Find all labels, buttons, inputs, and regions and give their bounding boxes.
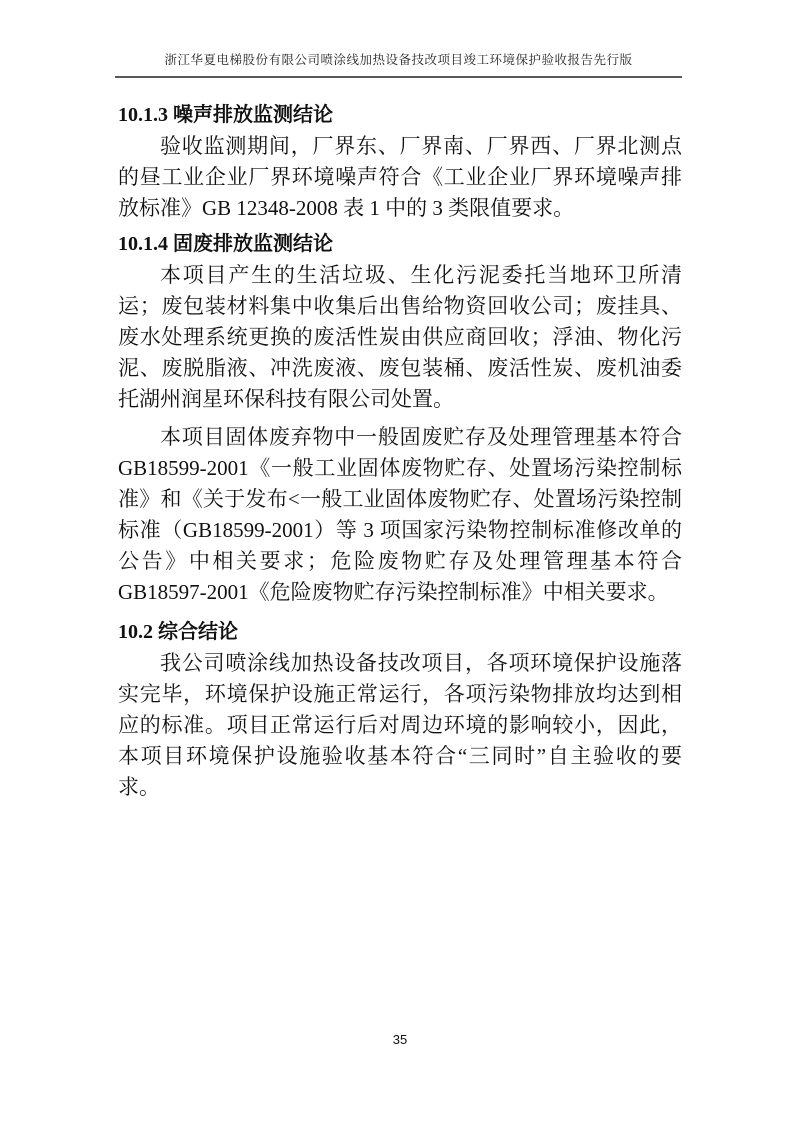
section-solid-waste-monitoring-conclusion: 10.1.4 固废排放监测结论 本项目产生的生活垃圾、生化污泥委托当地环卫所清运…: [118, 229, 682, 608]
section-comprehensive-conclusion: 10.2 综合结论 我公司喷涂线加热设备技改项目，各项环境保护设施落实完毕，环境…: [118, 617, 682, 803]
document-page: 浙江华夏电梯股份有限公司喷涂线加热设备技改项目竣工环境保护验收报告先行版 10.…: [0, 0, 800, 1132]
document-body: 10.1.3 噪声排放监测结论 验收监测期间，厂界东、厂界南、厂界西、厂界北测点…: [118, 100, 682, 803]
running-header: 浙江华夏电梯股份有限公司喷涂线加热设备技改项目竣工环境保护验收报告先行版: [115, 52, 682, 78]
section-noise-monitoring-conclusion: 10.1.3 噪声排放监测结论 验收监测期间，厂界东、厂界南、厂界西、厂界北测点…: [118, 100, 682, 224]
paragraph-solid-waste-standards: 本项目固体废弃物中一般固废贮存及处理管理基本符合 GB18599-2001《一般…: [118, 422, 682, 608]
page-number: 35: [0, 1032, 800, 1048]
section-heading-10-1-3: 10.1.3 噪声排放监测结论: [118, 100, 682, 131]
paragraph-solid-waste-disposal: 本项目产生的生活垃圾、生化污泥委托当地环卫所清运；废包装材料集中收集后出售给物资…: [118, 260, 682, 415]
section-heading-10-2: 10.2 综合结论: [118, 617, 682, 648]
paragraph-noise-conclusion: 验收监测期间，厂界东、厂界南、厂界西、厂界北测点的昼工业企业厂界环境噪声符合《工…: [118, 131, 682, 224]
section-heading-10-1-4: 10.1.4 固废排放监测结论: [118, 229, 682, 260]
running-header-text: 浙江华夏电梯股份有限公司喷涂线加热设备技改项目竣工环境保护验收报告先行版: [164, 53, 632, 67]
paragraph-comprehensive-conclusion: 我公司喷涂线加热设备技改项目，各项环境保护设施落实完毕，环境保护设施正常运行，各…: [118, 648, 682, 803]
